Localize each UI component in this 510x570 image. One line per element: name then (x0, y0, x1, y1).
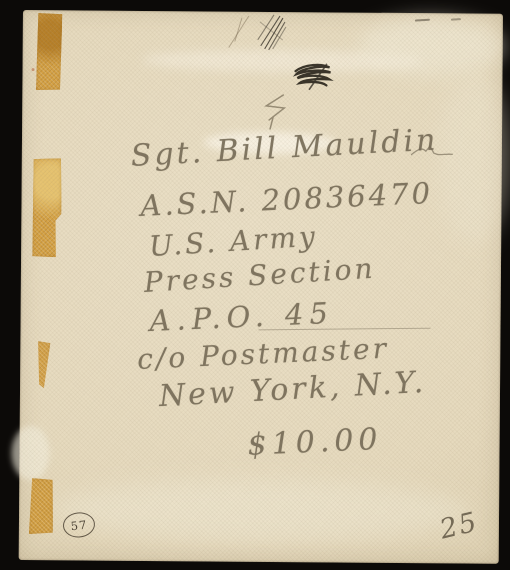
red-speck (32, 68, 35, 71)
stain (11, 426, 49, 480)
circled-catalog-number: 57 (62, 511, 96, 539)
tape-strip-bottom-left (29, 478, 53, 534)
stain (51, 478, 471, 543)
smudge-mark (451, 18, 461, 21)
tape-strip-upper-middle (32, 158, 62, 257)
tape-strip-lower-middle (36, 341, 50, 388)
scratch-marks (219, 16, 255, 50)
zigzag-pencil-mark (261, 93, 289, 131)
stain (359, 17, 505, 76)
inscription-line-price: $10.00 (247, 422, 383, 463)
inscription-line-serial: A.S.N. 20836470 (140, 176, 434, 223)
photo-back-paper: Sgt. Bill Mauldin A.S.N. 20836470 U.S. A… (19, 10, 503, 564)
corner-number: 25 (437, 506, 482, 545)
scribble-pencil-mark (289, 60, 335, 92)
circled-number-text: 57 (70, 517, 88, 533)
smudge-mark (415, 19, 430, 22)
inscription-line-apo: A.P.O. 45 (149, 296, 335, 338)
inscription-line-name: Sgt. Bill Mauldin (130, 122, 439, 173)
crosshatch-pencil-mark (257, 13, 287, 51)
stain (437, 73, 510, 244)
stain (143, 49, 423, 73)
tape-strip-top-left (36, 13, 62, 90)
photo-backdrop: Sgt. Bill Mauldin A.S.N. 20836470 U.S. A… (0, 0, 510, 570)
